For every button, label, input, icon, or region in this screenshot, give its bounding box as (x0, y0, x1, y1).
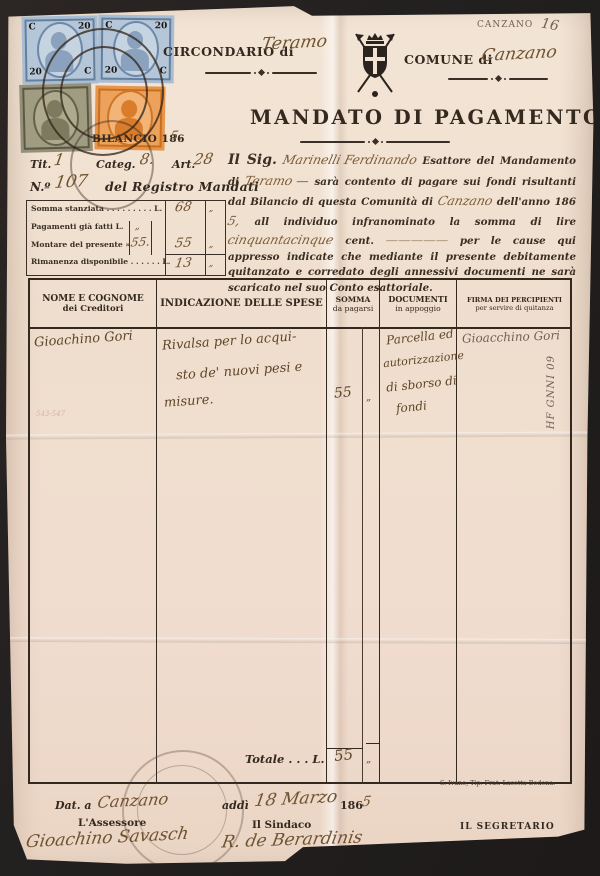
header-line: FIRMA DEI PERCIPIENTI (467, 296, 562, 304)
header-line: SOMMA (336, 295, 371, 304)
circondario-handwritten-value: Teramo (260, 31, 329, 54)
amount-handwritten: 55 (333, 384, 352, 401)
col-header-creditori: NOME E COGNOME dei Creditori (30, 280, 157, 327)
amount-cents-handwritten: „ (366, 392, 371, 403)
esattore-name-handwritten: Marinelli Ferdinando (280, 150, 419, 169)
summary-inner-value: 55. (130, 235, 152, 250)
col-header-documenti: DOCUMENTI in appoggio (380, 280, 457, 327)
document-paper: C 20 20 C C 20 20 C CIRCONDARIO di Teram (0, 0, 600, 876)
summary-value: 13 (174, 256, 193, 272)
archival-place-annotation: CANZANO (477, 20, 533, 30)
totale-label: Totale . . . L. (245, 752, 324, 766)
header-line: NOME E COGNOME (42, 294, 144, 304)
summary-row-label: Pagamenti già fatti L. (31, 222, 223, 240)
paragraph-print: all individuo infranominato la somma di … (255, 216, 576, 228)
dated-at-label: Dat. a (55, 799, 92, 812)
comune-handwritten-value: Canzano (480, 42, 558, 66)
comunita-handwritten: Canzano (435, 191, 494, 210)
header-line: da pagarsi (333, 304, 374, 313)
faint-code-annotation: 543-547 (36, 410, 65, 418)
table-column-border (380, 327, 457, 782)
segretario-signature: Bernardj (470, 837, 540, 857)
scanned-document: C 20 20 C C 20 20 C CIRCONDARIO di Teram (0, 0, 600, 876)
header-line: per servire di quitanza (475, 304, 553, 312)
header-line: DOCUMENTI (388, 294, 447, 304)
col-header-somma: SOMMA da pagarsi (327, 280, 380, 327)
categ-label: Categ. (96, 158, 135, 171)
tit-label: Tit. (30, 158, 51, 171)
summary-row-label: Rimanenza disponibile . . . . . . L. (31, 257, 223, 275)
summary-sum-rule (165, 254, 225, 255)
ornament-rule (205, 70, 317, 75)
sindaco-signature: R. de Berardinis (220, 827, 364, 852)
cents-divider-line (362, 327, 363, 782)
segretario-label: IL SEGRETARIO (460, 822, 555, 832)
expenses-table: NOME E COGNOME dei Creditori INDICAZIONE… (28, 278, 572, 784)
summary-value: 68 (174, 200, 193, 216)
somma-lettere-handwritten: cinquantacinque (226, 230, 336, 249)
cent-dash-handwritten: ————— (383, 230, 450, 249)
numero-label: N.º (30, 180, 50, 194)
summary-value: 55 (174, 236, 193, 252)
mandate-text: Il Sig. Marinelli Ferdinando Esattore de… (228, 150, 576, 297)
coat-of-arms-icon (348, 28, 402, 100)
header-line: in appoggio (395, 304, 440, 313)
summary-row-label: Somma stanziata . . . . . . . . . L. (31, 204, 223, 222)
numero-value: 107 (53, 171, 89, 193)
art-value: 28 (192, 150, 214, 169)
side-code-pencil: HF GNNI 09 (546, 355, 557, 429)
totale-value-handwritten: 55 (333, 745, 354, 765)
summary-bracket-line (129, 221, 130, 255)
totale-rule (366, 743, 380, 744)
document-title: MANDATO DI PAGAMENTO (250, 106, 600, 129)
paragraph-print: Il Sig. (228, 152, 277, 168)
summary-cents-divider (205, 201, 206, 275)
summary-bracket-line (151, 221, 152, 255)
header-line: dei Creditori (63, 304, 124, 314)
summary-row-label: Montare del presente » (31, 240, 223, 258)
year-print: 186 (340, 799, 363, 812)
mandamento-handwritten: Teramo — (242, 171, 311, 190)
municipal-seal-inner-icon (137, 765, 227, 855)
header-line: INDICAZIONE DELLE SPESE (160, 298, 323, 309)
summary-box: Somma stanziata . . . . . . . . . L. Pag… (26, 200, 226, 276)
stamp-value: 20 (155, 22, 168, 31)
ornament-rule (448, 76, 548, 81)
paragraph-print: cent. (345, 235, 374, 247)
categ-value: 8. (138, 150, 155, 169)
archival-number-annotation: 16 (540, 16, 560, 35)
totale-cents-handwritten: „ (366, 754, 371, 765)
anno-digit-handwritten: 5, (226, 211, 243, 230)
art-label: Art. (172, 158, 195, 171)
table-column-border (30, 327, 157, 782)
col-header-firma: FIRMA DEI PERCIPIENTI per servire di qui… (457, 280, 572, 327)
recipient-signature-pencil: Gioacchino Gori (462, 328, 560, 345)
paragraph-print: dell'anno 186 (497, 196, 576, 208)
year-digit-handwritten: 5 (361, 794, 373, 810)
col-header-spese: INDICAZIONE DELLE SPESE (157, 280, 327, 327)
summary-value-divider (165, 201, 166, 275)
printer-imprint: S. Ivano, Tip. Frat. Lasetta-Bodena. (440, 779, 555, 787)
tit-value: 1 (52, 150, 65, 170)
stamp-value: C (29, 23, 36, 32)
stamp-value: 20 (29, 68, 42, 77)
bilancio-year-digit: 5, (169, 129, 184, 145)
ornament-rule (300, 139, 450, 144)
